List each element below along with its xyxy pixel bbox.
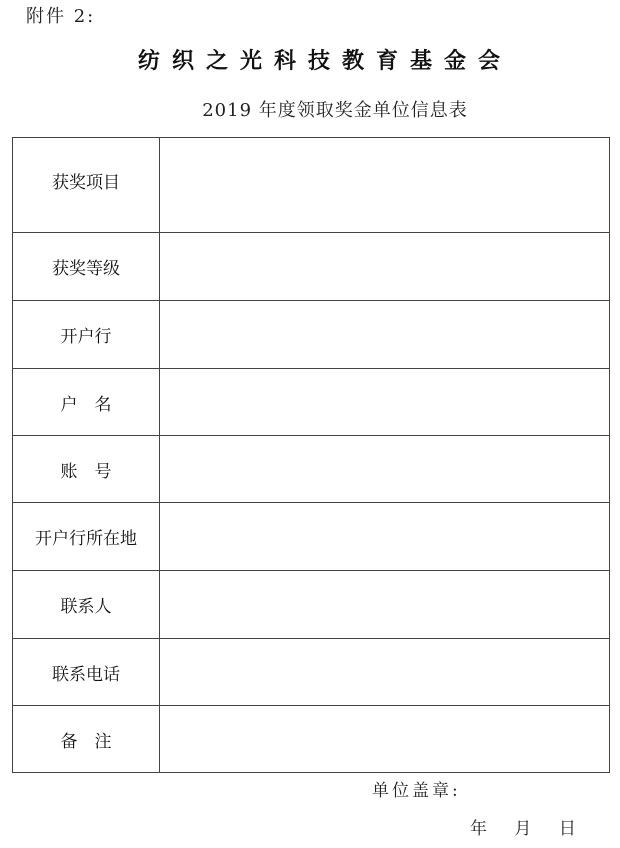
table-row-contact: 联系人 — [13, 571, 610, 639]
row-label: 户 名 — [13, 369, 160, 436]
bank-field[interactable] — [160, 301, 610, 369]
row-label: 获奖等级 — [13, 233, 160, 301]
table-row-account-number: 账 号 — [13, 436, 610, 503]
row-label: 账 号 — [13, 436, 160, 503]
table-row-award-level: 获奖等级 — [13, 233, 610, 301]
row-label: 获奖项目 — [13, 138, 160, 233]
document-subtitle: 2019 年度领取奖金单位信息表 — [0, 96, 620, 122]
date-line: 年 月 日 — [470, 814, 598, 839]
attachment-label: 附件 2: — [26, 2, 95, 28]
award-project-field[interactable] — [160, 138, 610, 233]
table-row-remarks: 备 注 — [13, 706, 610, 773]
document-title: 纺织之光科技教育基金会 — [0, 44, 620, 75]
table-row-bank: 开户行 — [13, 301, 610, 369]
seal-label: 单位盖章: — [372, 776, 461, 801]
row-label: 联系电话 — [13, 639, 160, 706]
year-label: 年 — [470, 814, 487, 839]
row-label: 备 注 — [13, 706, 160, 773]
account-number-field[interactable] — [160, 436, 610, 503]
table-row-phone: 联系电话 — [13, 639, 610, 706]
row-label: 开户行 — [13, 301, 160, 369]
bank-location-field[interactable] — [160, 503, 610, 571]
day-label: 日 — [559, 814, 576, 839]
table-row-account-name: 户 名 — [13, 369, 610, 436]
info-form-table: 获奖项目 获奖等级 开户行 户 名 账 号 开户行所在地 联系人 联系电话 — [12, 137, 610, 773]
contact-field[interactable] — [160, 571, 610, 639]
table-row-bank-location: 开户行所在地 — [13, 503, 610, 571]
remarks-field[interactable] — [160, 706, 610, 773]
table-row-award-project: 获奖项目 — [13, 138, 610, 233]
row-label: 开户行所在地 — [13, 503, 160, 571]
award-level-field[interactable] — [160, 233, 610, 301]
phone-field[interactable] — [160, 639, 610, 706]
month-label: 月 — [514, 814, 531, 839]
row-label: 联系人 — [13, 571, 160, 639]
account-name-field[interactable] — [160, 369, 610, 436]
